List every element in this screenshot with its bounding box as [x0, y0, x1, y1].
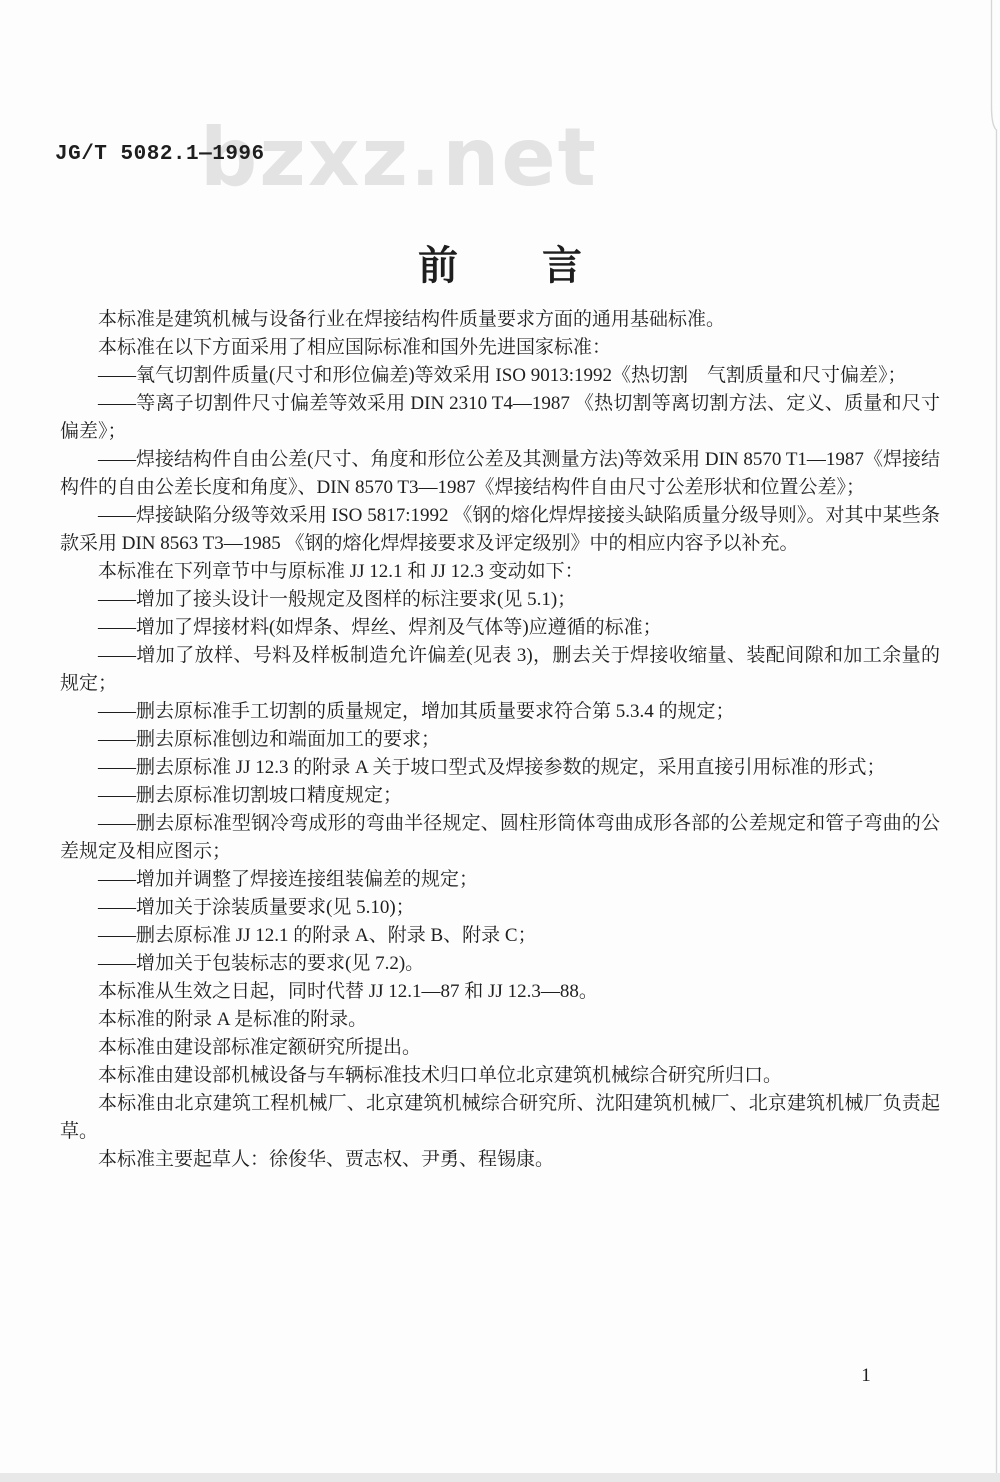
- paragraph: ——增加了放样、号料及样板制造允许偏差(见表 3)，删去关于焊接收缩量、装配间隙…: [60, 642, 940, 698]
- paragraph: ——增加关于涂装质量要求(见 5.10)；: [60, 894, 940, 922]
- page: bzxz.net JG/T 5082.1—1996 前言 本标准是建筑机械与设备…: [0, 0, 1000, 1482]
- document-body: 本标准是建筑机械与设备行业在焊接结构件质量要求方面的通用基础标准。 本标准在以下…: [60, 306, 940, 1174]
- paragraph: 本标准从生效之日起，同时代替 JJ 12.1—87 和 JJ 12.3—88。: [60, 978, 940, 1006]
- paragraph: 本标准是建筑机械与设备行业在焊接结构件质量要求方面的通用基础标准。: [60, 306, 940, 334]
- paragraph: ——删去原标准型钢冷弯成形的弯曲半径规定、圆柱形筒体弯曲成形各部的公差规定和管子…: [60, 810, 940, 866]
- paragraph: ——删去原标准 JJ 12.3 的附录 A 关于坡口型式及焊接参数的规定，采用直…: [60, 754, 940, 782]
- page-number: 1: [852, 1362, 880, 1390]
- paragraph: ——增加并调整了焊接连接组装偏差的规定；: [60, 866, 940, 894]
- paragraph: 本标准在以下方面采用了相应国际标准和国外先进国家标准：: [60, 334, 940, 362]
- paragraph: ——增加了接头设计一般规定及图样的标注要求(见 5.1)；: [60, 586, 940, 614]
- paragraph: 本标准的附录 A 是标准的附录。: [60, 1006, 940, 1034]
- standard-code: JG/T 5082.1—1996: [55, 142, 265, 168]
- paragraph: ——删去原标准手工切割的质量规定，增加其质量要求符合第 5.3.4 的规定；: [60, 698, 940, 726]
- paragraph: 本标准在下列章节中与原标准 JJ 12.1 和 JJ 12.3 变动如下：: [60, 558, 940, 586]
- paragraph: ——删去原标准 JJ 12.1 的附录 A、附录 B、附录 C；: [60, 922, 940, 950]
- paragraph: ——焊接结构件自由公差(尺寸、角度和形位公差及其测量方法)等效采用 DIN 85…: [60, 446, 940, 502]
- paragraph: 本标准主要起草人：徐俊华、贾志权、尹勇、程锡康。: [60, 1146, 940, 1174]
- paragraph: ——焊接缺陷分级等效采用 ISO 5817:1992 《钢的熔化焊焊接接头缺陷质…: [60, 502, 940, 558]
- paragraph: ——删去原标准刨边和端面加工的要求；: [60, 726, 940, 754]
- paragraph: ——等离子切割件尺寸偏差等效采用 DIN 2310 T4—1987 《热切割等离…: [60, 390, 940, 446]
- paragraph: 本标准由建设部标准定额研究所提出。: [60, 1034, 940, 1062]
- paragraph: 本标准由北京建筑工程机械厂、北京建筑机械综合研究所、沈阳建筑机械厂、北京建筑机械…: [60, 1090, 940, 1146]
- scan-bottom-strip: [0, 1473, 1000, 1482]
- paragraph: ——氧气切割件质量(尺寸和形位偏差)等效采用 ISO 9013:1992《热切割…: [60, 362, 940, 390]
- paragraph: ——增加关于包装标志的要求(见 7.2)。: [60, 950, 940, 978]
- paragraph: ——删去原标准切割坡口精度规定；: [60, 782, 940, 810]
- page-title: 前言: [0, 242, 1000, 290]
- paragraph: 本标准由建设部机械设备与车辆标准技术归口单位北京建筑机械综合研究所归口。: [60, 1062, 940, 1090]
- paragraph: ——增加了焊接材料(如焊条、焊丝、焊剂及气体等)应遵循的标准；: [60, 614, 940, 642]
